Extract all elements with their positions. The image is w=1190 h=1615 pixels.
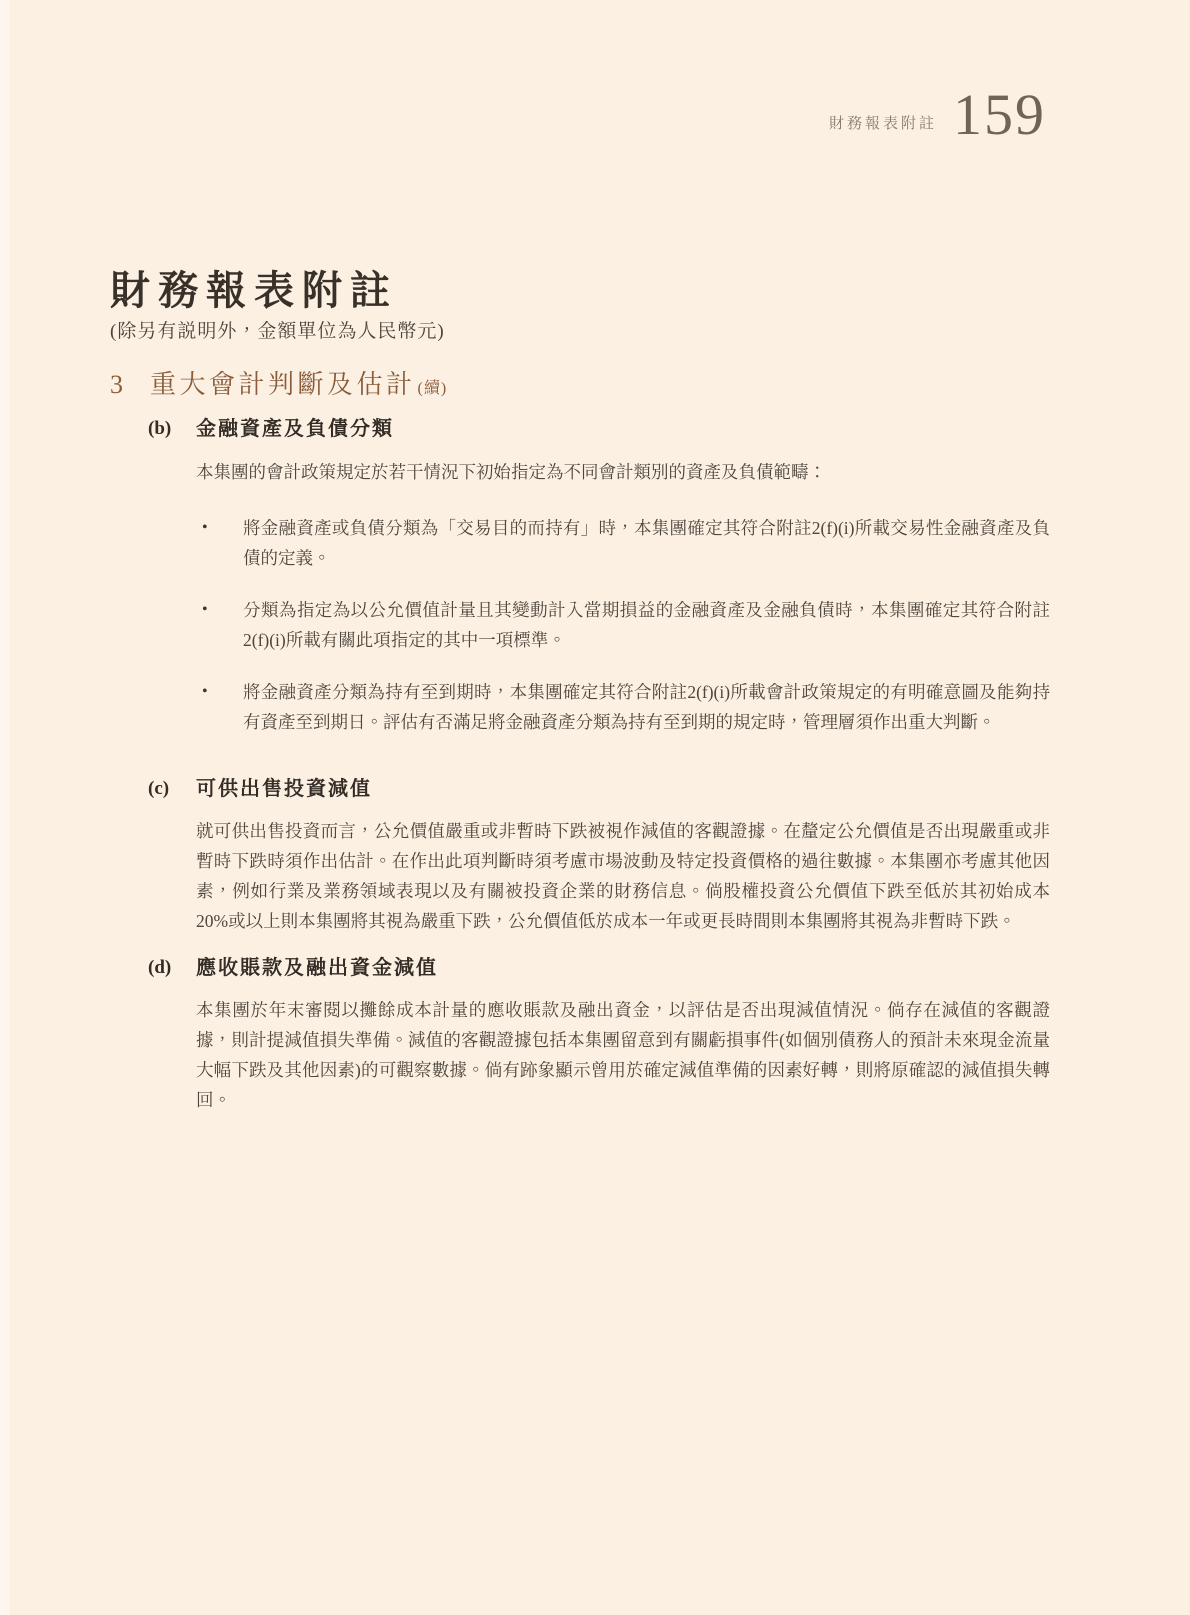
bullet-item: • 將金融資產分類為持有至到期時，本集團確定其符合附註2(f)(i)所載會計政策…	[196, 677, 1050, 737]
bullet-dot-icon: •	[196, 677, 243, 737]
bullet-item: • 將金融資產或負債分類為「交易目的而持有」時，本集團確定其符合附註2(f)(i…	[196, 513, 1050, 573]
subsection-b: (b) 金融資產及負債分類 本集團的會計政策規定於若干情況下初始指定為不同會計類…	[148, 415, 1050, 737]
page-content: 財務報表附註 (除另有説明外，金額單位為人民幣元) 3 重大會計判斷及估計 (續…	[110, 268, 1050, 1115]
subsection-heading: 應收賬款及融出資金減值	[196, 954, 1050, 982]
subsection-heading: 金融資產及負債分類	[196, 415, 1050, 443]
section-title: 重大會計判斷及估計	[150, 367, 416, 403]
running-title: 財務報表附註	[829, 112, 937, 144]
bullet-item: • 分類為指定為以公允價值計量且其變動計入當期損益的金融資產及金融負債時，本集團…	[196, 595, 1050, 655]
page-number: 159	[953, 86, 1046, 144]
subsection-label: (d)	[148, 954, 196, 982]
bullet-text: 將金融資產或負債分類為「交易目的而持有」時，本集團確定其符合附註2(f)(i)所…	[243, 513, 1050, 573]
subsection-paragraph: 就可供出售投資而言，公允價值嚴重或非暫時下跌被視作減值的客觀證據。在釐定公允價值…	[196, 816, 1050, 936]
bullet-dot-icon: •	[196, 513, 243, 573]
section-heading: 3 重大會計判斷及估計 (續)	[110, 367, 1050, 403]
document-subtitle: (除另有説明外，金額單位為人民幣元)	[110, 320, 1050, 344]
bullet-text: 分類為指定為以公允價值計量且其變動計入當期損益的金融資產及金融負債時，本集團確定…	[243, 595, 1050, 655]
section-continued-marker: (續)	[418, 375, 448, 398]
subsection-d: (d) 應收賬款及融出資金減值 本集團於年末審閱以攤餘成本計量的應收賬款及融出資…	[148, 954, 1050, 1115]
page-header: 財務報表附註 159	[829, 86, 1046, 144]
bullet-dot-icon: •	[196, 595, 243, 655]
subsection-paragraph: 本集團於年末審閱以攤餘成本計量的應收賬款及融出資金，以評估是否出現減值情況。倘存…	[196, 995, 1050, 1115]
document-title: 財務報表附註	[110, 268, 1050, 314]
section-number: 3	[110, 367, 150, 403]
subsection-intro-paragraph: 本集團的會計政策規定於若干情況下初始指定為不同會計類別的資產及負債範疇：	[196, 457, 1050, 487]
subsection-heading: 可供出售投資減值	[196, 775, 1050, 803]
bullet-list: • 將金融資產或負債分類為「交易目的而持有」時，本集團確定其符合附註2(f)(i…	[196, 513, 1050, 737]
document-page: 財務報表附註 159 財務報表附註 (除另有説明外，金額單位為人民幣元) 3 重…	[0, 0, 1190, 1615]
subsection-c: (c) 可供出售投資減值 就可供出售投資而言，公允價值嚴重或非暫時下跌被視作減值…	[148, 775, 1050, 936]
subsection-label: (c)	[148, 775, 196, 803]
subsection-label: (b)	[148, 415, 196, 443]
bullet-text: 將金融資產分類為持有至到期時，本集團確定其符合附註2(f)(i)所載會計政策規定…	[243, 677, 1050, 737]
